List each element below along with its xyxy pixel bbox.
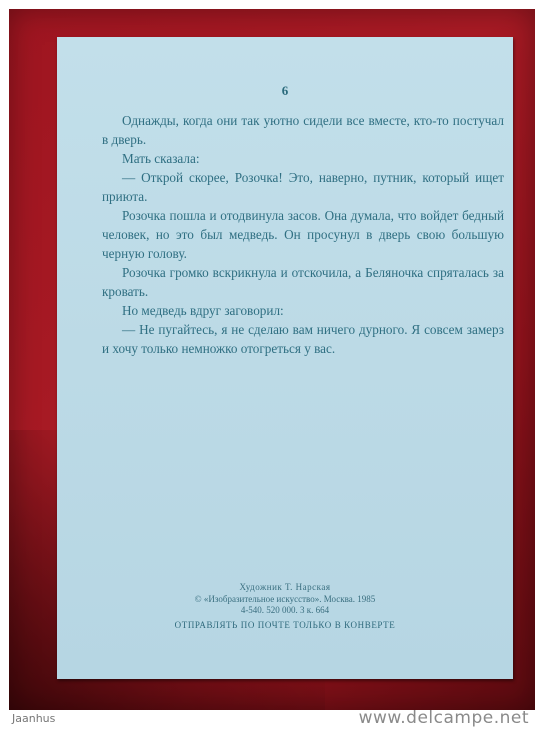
paragraph: Розочка пошла и отодвинула засов. Она ду… bbox=[102, 206, 504, 263]
page-number: 6 bbox=[57, 83, 513, 99]
credits: Художник Т. Нарская © «Изобразительное и… bbox=[57, 582, 513, 617]
paragraph: Розочка громко вскрикнула и отскочила, а… bbox=[102, 263, 504, 301]
catalog-number: 4-540. 520 000. 3 к. 664 bbox=[57, 605, 513, 617]
paragraph: Но медведь вдруг заговорил: bbox=[102, 301, 504, 320]
paragraph: Мать сказала: bbox=[102, 149, 504, 168]
site-watermark: www.delcampe.net bbox=[359, 708, 529, 728]
paragraph: Однажды, когда они так уютно сидели все … bbox=[102, 111, 504, 149]
postcard-back: 6 Однажды, когда они так уютно сидели вс… bbox=[57, 37, 513, 679]
artist-credit: Художник Т. Нарская bbox=[57, 582, 513, 594]
paragraph: — Не пугайтесь, я не сделаю вам ничего д… bbox=[102, 320, 504, 358]
seller-watermark: Jaanhus bbox=[12, 712, 55, 725]
story-text: Однажды, когда они так уютно сидели все … bbox=[102, 111, 504, 358]
paragraph: — Открой скорее, Розочка! Это, наверно, … bbox=[102, 168, 504, 206]
mailing-notice: ОТПРАВЛЯТЬ ПО ПОЧТЕ ТОЛЬКО В КОНВЕРТЕ bbox=[57, 620, 513, 630]
publisher-credit: © «Изобразительное искусство». Москва. 1… bbox=[57, 594, 513, 606]
